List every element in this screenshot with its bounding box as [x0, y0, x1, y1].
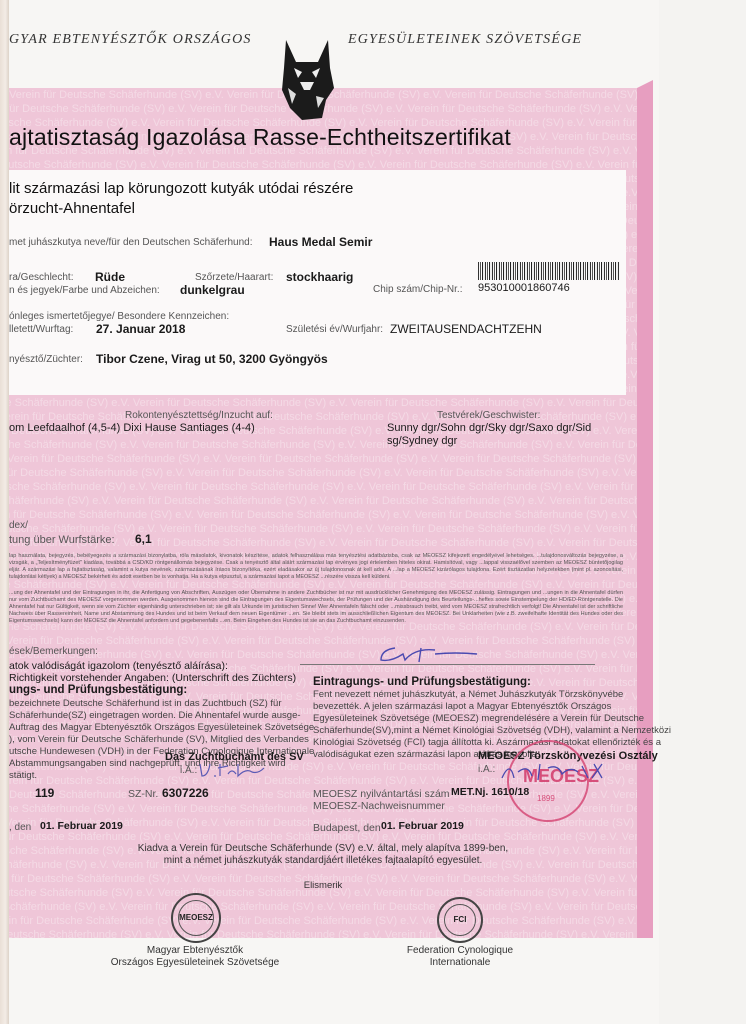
org1-line2: Országos Egyesületeinek Szövetsége: [110, 957, 280, 968]
chip-value: 953010001860746: [478, 282, 570, 294]
reg-label-de: MEOESZ-Nachweisnummer: [313, 800, 445, 812]
sz-value: 6307226: [162, 786, 209, 800]
watermark-row: Verein für Deutsche Schäferhunde (SV) e.…: [9, 466, 637, 480]
sex-value: Rüde: [95, 270, 125, 284]
fci-seal-text: FCI: [444, 904, 476, 936]
litter-label-2: tung über Wurfstärke:: [9, 534, 115, 546]
birth-label: lletett/Wurftag:: [9, 324, 73, 335]
watermark-row: Verein für Deutsche Schäferhunde (SV) e.…: [9, 928, 637, 938]
watermark-row: Verein für Deutsche Schäferhunde (SV) e.…: [9, 452, 637, 466]
confirmation-line: Kinológiai Szövetség (FCI) tagja állítot…: [313, 737, 633, 749]
meoesz-seal-text: MEOESZ: [178, 900, 214, 936]
sv-signature-icon: [196, 760, 266, 780]
chip-barcode: [478, 262, 620, 280]
breeder-signature-icon: [375, 640, 485, 666]
birth-value: 27. Januar 2018: [96, 322, 185, 336]
breeder-signature-hu: atok valódiságát igazolom (tenyésztő alá…: [9, 660, 228, 672]
watermark-row: Verein für Deutsche Schäferhunde (SV) e.…: [9, 914, 637, 928]
marks-label: ónleges ismertetőjegye/ Besondere Kennze…: [9, 311, 229, 322]
certificate-title: ajtatisztaság Igazolása Rasse-Echtheitsz…: [9, 124, 511, 151]
breeder-value: Tibor Czene, Virag ut 50, 3200 Gyöngyös: [96, 352, 328, 366]
meoesz-seal-icon: MEOESZ: [171, 893, 221, 943]
issued-line1: Kiadva a Verein für Deutsche Schäferhund…: [9, 843, 637, 854]
siblings-line1: Sunny dgr/Sohn dgr/Sky dgr/Saxo dgr/Sid: [387, 422, 591, 434]
breeder-label: nyésztő/Züchter:: [9, 354, 83, 365]
remarks-label: ések/Bemerkungen:: [9, 646, 98, 657]
confirmation-line: bevezették. A jelen származási lapot a M…: [313, 701, 633, 713]
right-margin: [659, 0, 746, 1024]
meoesz-signature-icon: [498, 758, 608, 784]
breeder-signature-de: Richtigkeit vorstehender Angaben: (Unter…: [9, 672, 296, 684]
right-date-value: 01. Februar 2019: [381, 820, 464, 832]
sv-number-prefix: 119: [35, 786, 54, 800]
reg-label: MEOESZ nyilvántartási szám: [313, 788, 450, 800]
watermark-row: Verein für Deutsche Schäferhunde (SV) e.…: [9, 396, 637, 410]
watermark-row: Verein für Deutsche Schäferhunde (SV) e.…: [9, 634, 637, 648]
year-value: ZWEITAUSENDACHTZEHN: [390, 322, 542, 336]
confirmation-line: Auftrag des Magyar Ebtenyésztők Országos…: [9, 722, 309, 734]
confirmation-line: Schäferhunde(SV),mint a Német Kinológiai…: [313, 725, 633, 737]
pink-edge: [637, 88, 653, 938]
watermark-row: Verein für Deutsche Schäferhunde (SV) e.…: [9, 480, 637, 494]
pink-edge-top: [637, 80, 653, 88]
coat-label: Szőrzete/Haarart:: [195, 272, 273, 283]
siblings-label: Testvérek/Geschwister:: [437, 410, 540, 421]
watermark-row: Verein für Deutsche Schäferhunde (SV) e.…: [9, 508, 637, 522]
left-date-value: 01. Februar 2019: [40, 820, 123, 832]
confirmation-line: Schäferhunde(SZ) eingetragen worden. Die…: [9, 710, 309, 722]
sex-label: ra/Geschlecht:: [9, 272, 73, 283]
right-date-prefix: Budapest, den: [313, 822, 381, 834]
issued-line2: mint a német juhászkutyák standardjáért …: [9, 855, 637, 866]
coat-value: stockhaarig: [286, 270, 353, 284]
color-label: n és jegyek/Farbe und Abzeichen:: [9, 285, 160, 296]
right-confirmation-heading: Eintragungs- und Prüfungsbestätigung:: [313, 676, 531, 688]
subtitle-line2: örzucht-Ahnentafel: [9, 200, 135, 217]
org2-line2: Internationale: [380, 957, 540, 968]
siblings-line2: sg/Sydney dgr: [387, 435, 457, 447]
fci-seal-icon: FCI: [437, 897, 483, 943]
reg-value: MET.Nj. 1610/18: [451, 786, 529, 798]
color-value: dunkelgrau: [180, 283, 245, 297]
litter-label-1: dex/: [9, 520, 28, 531]
org1-line1: Magyar Ebtenyésztők: [110, 945, 280, 956]
header-org-right: EGYESÜLETEINEK SZÖVETSÉGE: [348, 32, 582, 48]
left-confirmation-heading: ungs- und Prüfungsbestätigung:: [9, 684, 187, 696]
left-date-prefix: , den: [9, 822, 31, 833]
dog-name-label: met juhászkutya neve/für den Deutschen S…: [9, 237, 252, 248]
inbreeding-label: Rokontenyésztettség/Inzucht auf:: [125, 410, 273, 421]
confirmation-line: Egyesületeinek Szövetsége (MEOESZ) megre…: [313, 713, 633, 725]
litter-value: 6,1: [135, 532, 152, 546]
german-shepherd-logo-icon: [272, 38, 342, 120]
header-org-left: GYAR EBTENYÉSZTŐK ORSZÁGOS: [9, 32, 252, 48]
confirmation-line: ), vom Verein für Deutsche Schäferhunde …: [9, 734, 309, 746]
meoesz-ia: i.A.:: [478, 764, 495, 775]
chip-label: Chip szám/Chip-Nr.:: [373, 284, 462, 295]
org2-line1: Federation Cynologique: [380, 945, 540, 956]
sv-ia: i.A.:: [180, 765, 197, 776]
fine-print-de: ...ung der Ahnentafel und der Eintragung…: [9, 590, 623, 625]
watermark-row: Verein für Deutsche Schäferhunde (SV) e.…: [9, 438, 637, 452]
watermark-row: Verein für Deutsche Schäferhunde (SV) e.…: [9, 900, 637, 914]
fine-print-hu: lap használata, bejegyzés, bebélyegezés …: [9, 553, 623, 581]
subtitle-line1: lit származási lap körungozott kutyák ut…: [9, 180, 353, 197]
inbreeding-value: om Leefdaalhof (4,5-4) Dixi Hause Santia…: [9, 422, 255, 434]
sz-label: SZ-Nr.: [128, 788, 158, 800]
confirmation-line: Fent nevezett német juhászkutyát, a Néme…: [313, 689, 633, 701]
recognized-label: Elismerik: [9, 880, 637, 891]
confirmation-line: bezeichnete Deutsche Schäferhund ist in …: [9, 698, 309, 710]
year-label: Születési év/Wurfjahr:: [286, 324, 383, 335]
stamp-year: 1899: [537, 794, 555, 803]
dog-name-value: Haus Medal Semir: [269, 235, 372, 249]
watermark-row: Verein für Deutsche Schäferhunde (SV) e.…: [9, 494, 637, 508]
page-binding: [0, 0, 9, 1024]
